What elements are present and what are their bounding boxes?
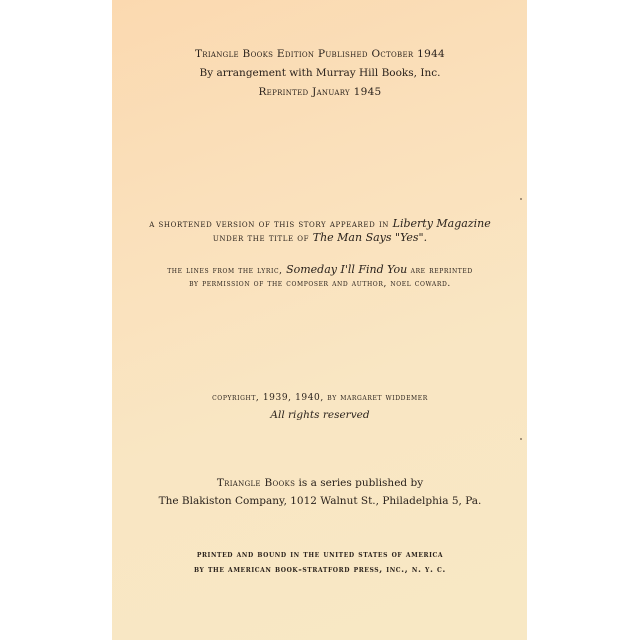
printer-block: printed and bound in the united states o… xyxy=(0,548,640,578)
edition-block: Triangle Books Edition Published October… xyxy=(0,45,640,102)
lyric-text: the lines from the lyric, xyxy=(167,266,286,276)
liberty-notice: a shortened version of this story appear… xyxy=(0,217,640,245)
series-name: Triangle Books xyxy=(217,477,295,489)
series-text: is a series published by xyxy=(295,477,423,489)
liberty-text: a shortened version of this story appear… xyxy=(149,219,392,230)
story-original-title: The Man Says "Yes". xyxy=(313,231,427,244)
lyric-permission: by permission of the composer and author… xyxy=(0,278,640,291)
lyric-title: Someday I'll Find You xyxy=(286,263,407,276)
liberty-magazine-title: Liberty Magazine xyxy=(393,217,491,230)
paper-speck xyxy=(520,198,522,200)
arrangement-line: By arrangement with Murray Hill Books, I… xyxy=(0,64,640,83)
copyright-line: copyright, 1939, 1940, by margaret widde… xyxy=(0,390,640,407)
printer-line: by the american book-stratford press, in… xyxy=(0,563,640,578)
reprint-line: Reprinted January 1945 xyxy=(0,83,640,102)
lyric-notice: the lines from the lyric, Someday I'll F… xyxy=(0,263,640,291)
lyric-text-post: are reprinted xyxy=(407,266,473,276)
copyright-block: copyright, 1939, 1940, by margaret widde… xyxy=(0,390,640,424)
liberty-text-2: under the title of xyxy=(213,233,313,244)
series-block: Triangle Books is a series published by … xyxy=(0,474,640,510)
edition-line: Triangle Books Edition Published October… xyxy=(0,45,640,64)
printed-line: printed and bound in the united states o… xyxy=(0,548,640,563)
rights-reserved: All rights reserved xyxy=(0,407,640,424)
publisher-address: The Blakiston Company, 1012 Walnut St., … xyxy=(0,492,640,510)
paper-speck xyxy=(520,438,522,440)
